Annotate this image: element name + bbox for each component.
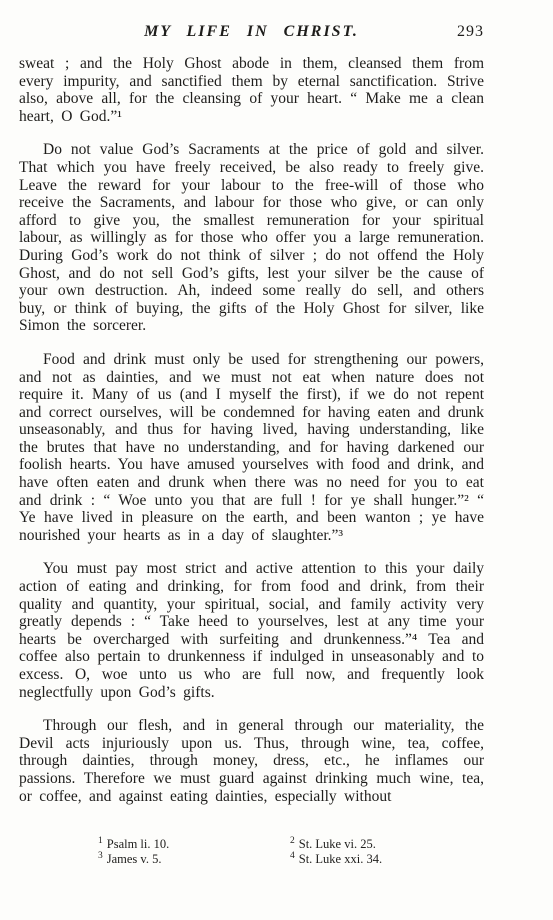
footnote-column-left: 1Psalm li. 10. 3James v. 5. xyxy=(98,837,290,867)
footnote-column-right: 2St. Luke vi. 25. 4St. Luke xxi. 34. xyxy=(290,837,484,867)
paragraph-3: Food and drink must only be used for str… xyxy=(19,351,484,545)
footnote-4: 4St. Luke xxi. 34. xyxy=(290,852,484,867)
footnote-spacer xyxy=(19,837,98,867)
footnote-2: 2St. Luke vi. 25. xyxy=(290,837,484,852)
footnote-1: 1Psalm li. 10. xyxy=(98,837,290,852)
footnotes: 1Psalm li. 10. 3James v. 5. 2St. Luke vi… xyxy=(19,837,484,867)
paragraph-5: Through our flesh, and in general throug… xyxy=(19,717,484,805)
page-body: sweat ; and the Holy Ghost abode in them… xyxy=(19,55,484,805)
footnote-text-4: St. Luke xxi. 34. xyxy=(299,852,382,866)
footnote-marker-4: 4 xyxy=(290,851,295,861)
footnote-3: 3James v. 5. xyxy=(98,852,290,867)
running-title: MY LIFE IN CHRIST. xyxy=(19,23,484,41)
paragraph-2: Do not value God’s Sacraments at the pri… xyxy=(19,141,484,335)
footnote-marker-2: 2 xyxy=(290,836,295,846)
paragraph-1: sweat ; and the Holy Ghost abode in them… xyxy=(19,55,484,125)
footnote-text-3: James v. 5. xyxy=(107,852,162,866)
footnote-marker-1: 1 xyxy=(98,836,103,846)
book-page: MY LIFE IN CHRIST. 293 sweat ; and the H… xyxy=(0,0,553,920)
footnote-text-2: St. Luke vi. 25. xyxy=(299,837,376,851)
paragraph-4: You must pay most strict and active atte… xyxy=(19,560,484,701)
footnote-text-1: Psalm li. 10. xyxy=(107,837,170,851)
footnote-marker-3: 3 xyxy=(98,851,103,861)
page-number: 293 xyxy=(457,23,484,41)
page-header: MY LIFE IN CHRIST. 293 xyxy=(19,23,484,45)
